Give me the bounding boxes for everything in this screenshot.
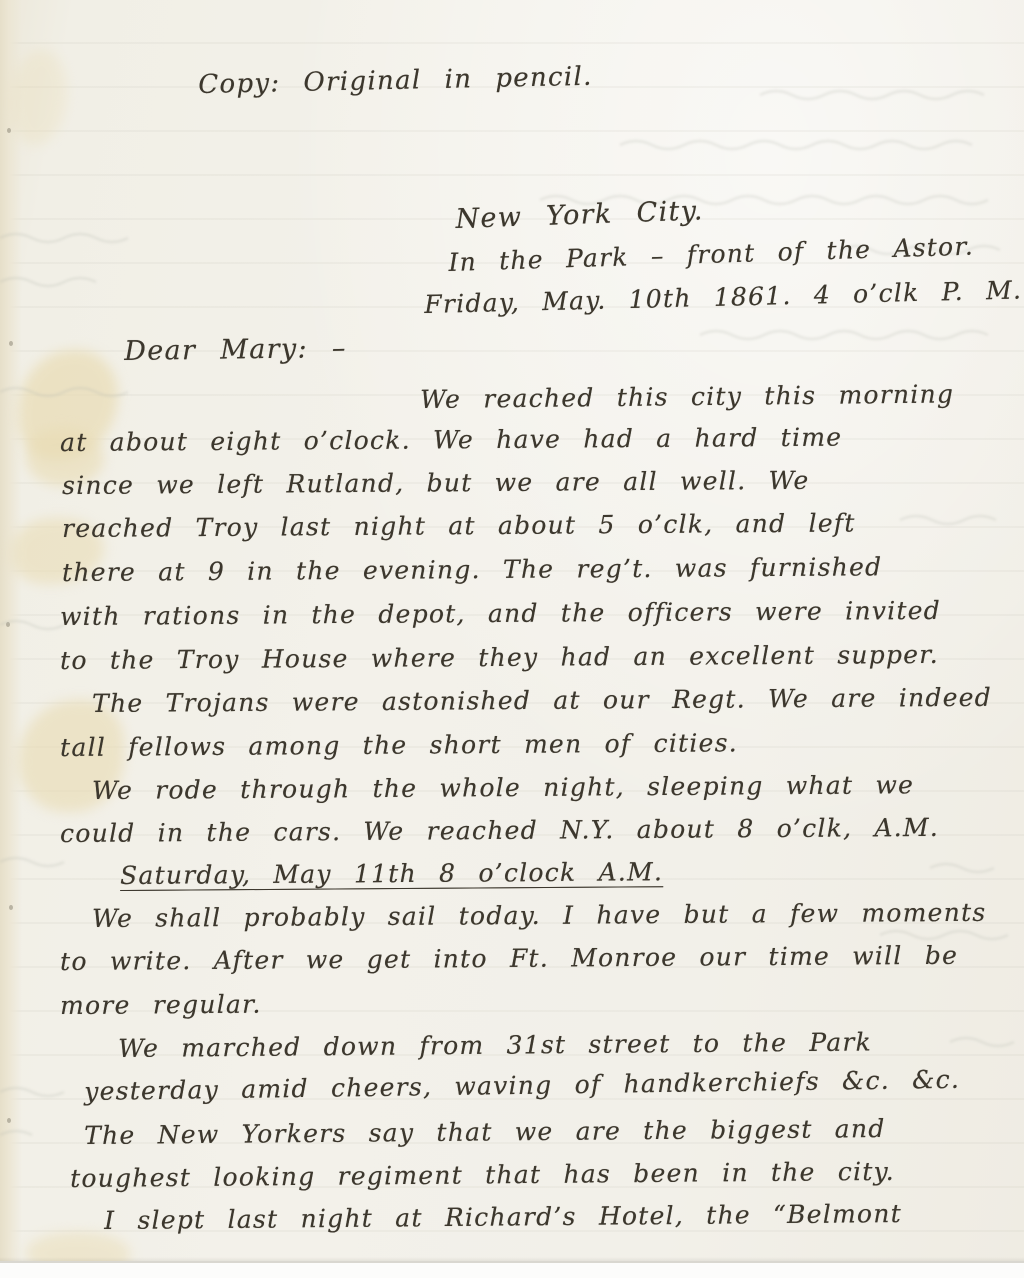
letter-line: with rations in the depot, and the offic… — [60, 596, 941, 631]
letter-line: The Trojans were astonished at our Regt.… — [92, 683, 992, 718]
letter-line: yesterday amid cheers, waving of handker… — [84, 1065, 960, 1106]
heading-date: Friday, May. 10th 1861. 4 o’clk P. M. — [424, 275, 1022, 319]
letter-line: could in the cars. We reached N.Y. about… — [60, 813, 939, 848]
letter-line: to the Troy House where they had an exce… — [60, 640, 939, 675]
letter-line: toughest looking regiment that has been … — [70, 1157, 895, 1193]
letter-line: We rode through the whole night, sleepin… — [92, 770, 914, 805]
letter-paper: Copy: Original in pencil.New York City.I… — [0, 0, 1024, 1263]
letter-line: tall fellows among the short men of citi… — [60, 728, 738, 762]
letter-text-layer: Copy: Original in pencil.New York City.I… — [0, 0, 1024, 1263]
letter-line: The New Yorkers say that we are the bigg… — [84, 1114, 886, 1150]
letter-line: there at 9 in the evening. The reg’t. wa… — [62, 552, 882, 587]
scanned-letter-page: Copy: Original in pencil.New York City.I… — [0, 0, 1024, 1278]
letter-line: more regular. — [60, 990, 262, 1020]
archivist-note: Copy: Original in pencil. — [198, 62, 593, 100]
salutation: Dear Mary: – — [124, 333, 347, 367]
scanner-background — [0, 1261, 1024, 1278]
letter-line: We marched down from 31st street to the … — [118, 1027, 872, 1063]
subheading-date: Saturday, May 11th 8 o’clock A.M. — [120, 857, 663, 890]
letter-line: at about eight o’clock. We have had a ha… — [60, 423, 842, 457]
letter-line: since we left Rutland, but we are all we… — [62, 466, 810, 500]
letter-line: We reached this city this morning — [420, 379, 954, 414]
letter-line: I slept last night at Richard’s Hotel, t… — [104, 1199, 902, 1235]
letter-line: We shall probably sail today. I have but… — [92, 898, 986, 933]
letter-line: to write. After we get into Ft. Monroe o… — [60, 941, 958, 976]
letter-line: reached Troy last night at about 5 o’clk… — [62, 508, 856, 543]
heading-place: New York City. — [455, 195, 704, 235]
heading-location: In the Park – front of the Astor. — [448, 231, 974, 277]
